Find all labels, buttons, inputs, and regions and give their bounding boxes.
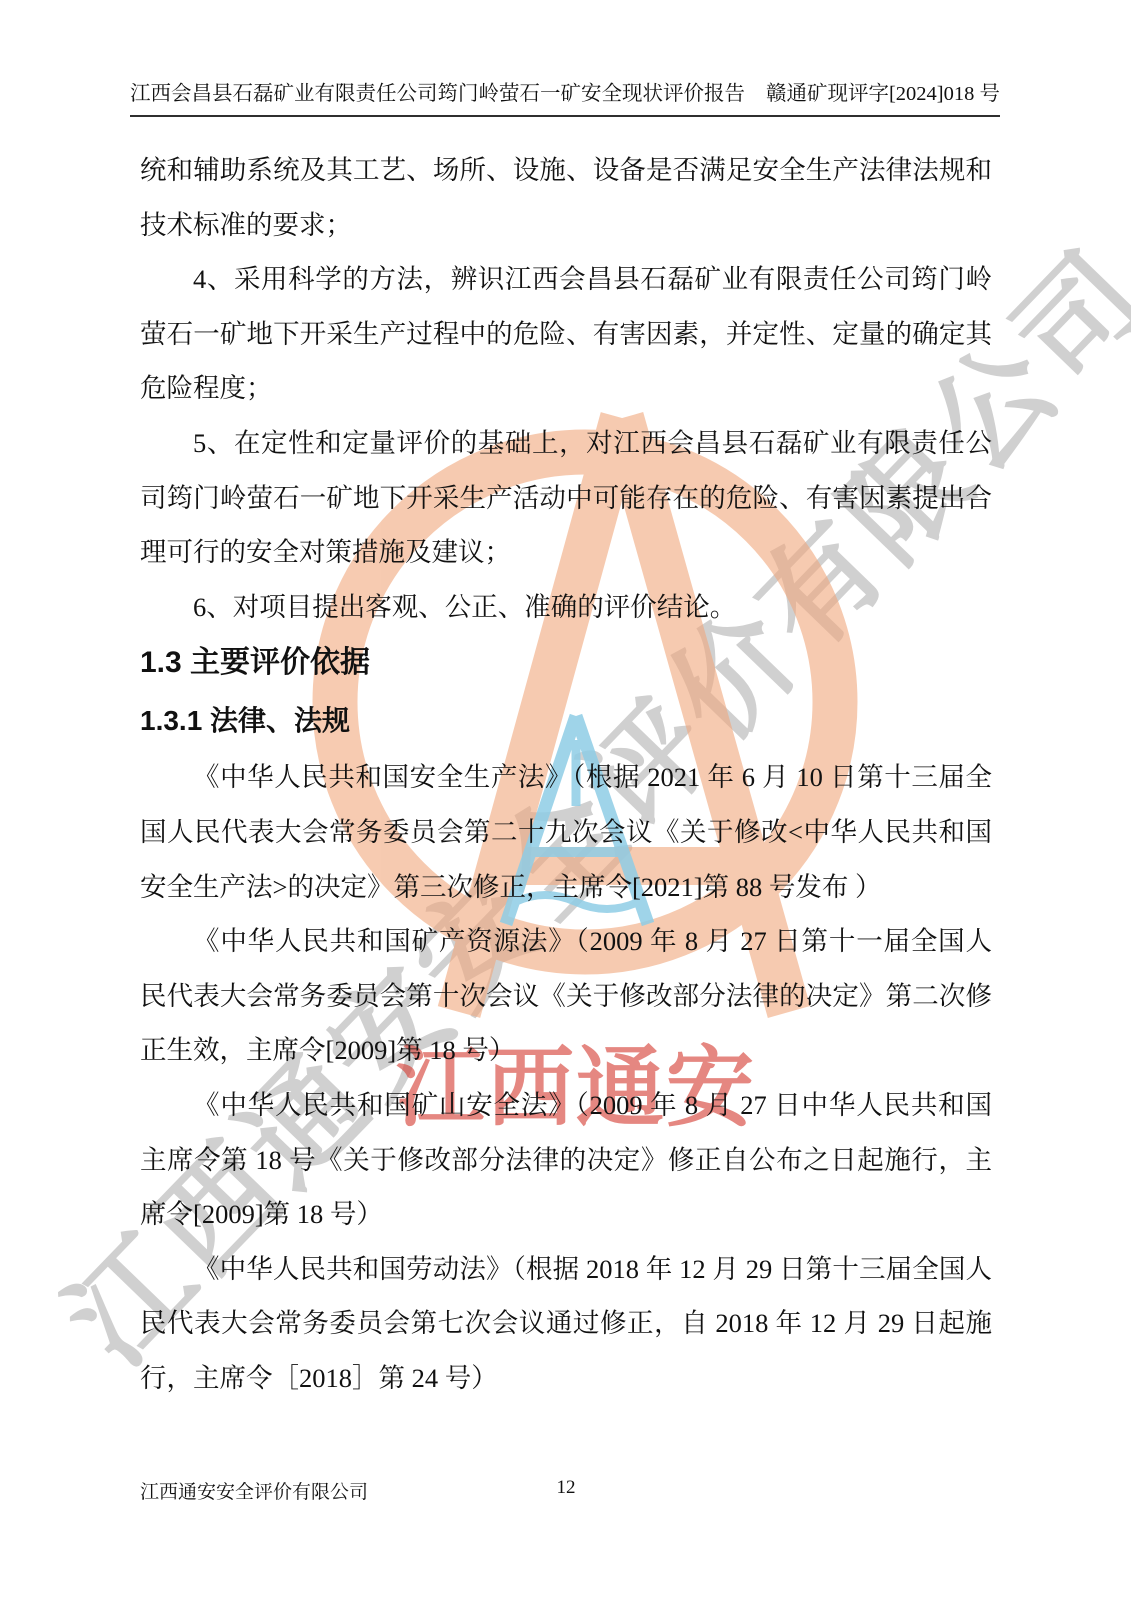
law-paragraph-mine-safety-law: 《中华人民共和国矿山安全法》（2009 年 8 月 27 日中华人民共和国主席令… xyxy=(140,1078,992,1242)
paragraph-item-4: 4、采用科学的方法，辨识江西会昌县石磊矿业有限责任公司筠门岭萤石一矿地下开采生产… xyxy=(140,252,992,416)
paragraph-item-5: 5、在定性和定量评价的基础上，对江西会昌县石磊矿业有限责任公司筠门岭萤石一矿地下… xyxy=(140,416,992,580)
footer-page-number: 12 xyxy=(140,1477,992,1499)
header-doc-number: 赣通矿现评字[2024]018 号 xyxy=(766,76,1000,106)
law-paragraph-mineral-resources-law: 《中华人民共和国矿产资源法》（2009 年 8 月 27 日第十一届全国人民代表… xyxy=(140,914,992,1078)
section-heading-1-3-1: 1.3.1 法律、法规 xyxy=(140,692,992,750)
document-body: 统和辅助系统及其工艺、场所、设施、设备是否满足安全生产法律法规和技术标准的要求；… xyxy=(140,143,992,1405)
header-report-title: 江西会昌县石磊矿业有限责任公司筠门岭萤石一矿安全现状评价报告 xyxy=(130,76,745,106)
page-header: 江西会昌县石磊矿业有限责任公司筠门岭萤石一矿安全现状评价报告 赣通矿现评字[20… xyxy=(130,76,1000,117)
paragraph-item-6: 6、对项目提出客观、公正、准确的评价结论。 xyxy=(140,580,992,635)
section-heading-1-3: 1.3 主要评价依据 xyxy=(140,634,992,692)
law-paragraph-safety-production-law: 《中华人民共和国安全生产法》（根据 2021 年 6 月 10 日第十三届全国人… xyxy=(140,750,992,914)
document-page: 江西通安安全评价有限公司 江西通安 江西会昌县石磊矿业有限责任公司筠门岭萤石一矿… xyxy=(0,0,1131,1600)
law-paragraph-labor-law: 《中华人民共和国劳动法》（根据 2018 年 12 月 29 日第十三届全国人民… xyxy=(140,1242,992,1406)
paragraph-continuation: 统和辅助系统及其工艺、场所、设施、设备是否满足安全生产法律法规和技术标准的要求； xyxy=(140,143,992,252)
